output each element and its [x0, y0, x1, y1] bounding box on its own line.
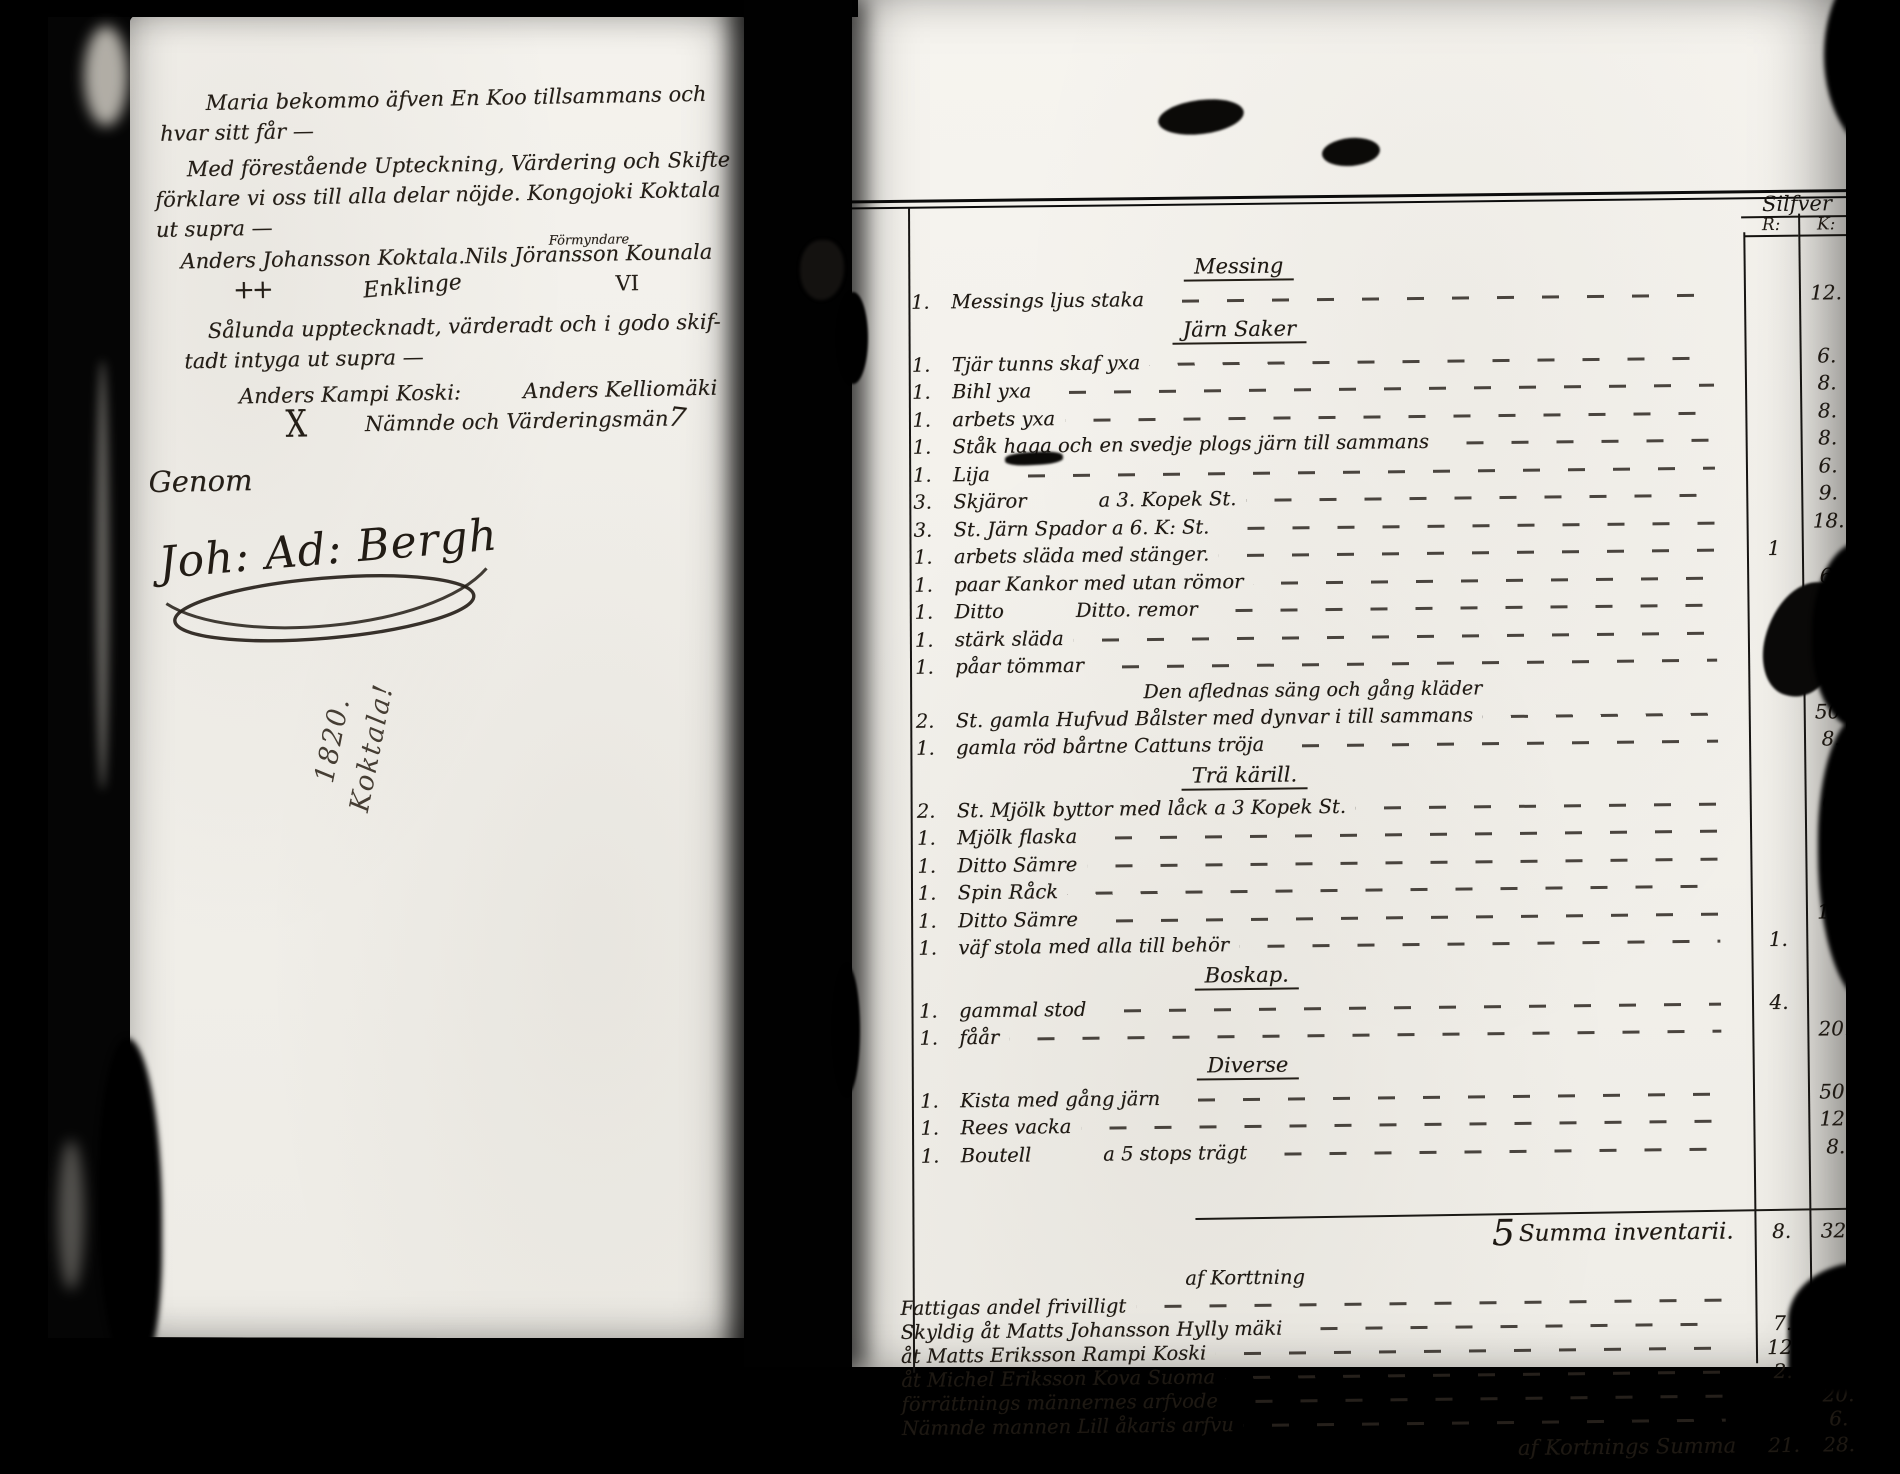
row-description: Ditto Sämre [957, 852, 1077, 876]
row-description: Tjär tunns skaf yxa [952, 351, 1141, 376]
row-note: a 3. Kopek St. [1098, 487, 1236, 512]
row-quantity: 1. [913, 435, 953, 458]
leader-dashes [1483, 712, 1718, 718]
row-quantity: 1. [920, 1089, 960, 1112]
mark-or-name: ++ [233, 275, 271, 306]
row-quantity: 1. [913, 463, 953, 486]
row-quantity: 2. [917, 799, 957, 822]
scan-border-top [0, 0, 858, 17]
scan-border-right-bulge [1812, 540, 1900, 730]
intro-line [854, 0, 1636, 2]
swash-flourish: 5 [1492, 1224, 1515, 1244]
leader-dashes [1274, 740, 1718, 748]
name-with-note: Anders Kelliomäki [523, 373, 718, 407]
row-description: paar Kankor med utan römor [954, 569, 1243, 595]
row-quantity: 1. [921, 1144, 961, 1167]
scan-edge-wisp [96, 360, 109, 790]
leader-dashes [1150, 356, 1714, 365]
left-page-text: Maria bekommo äfven En Koo tillsammans o… [151, 79, 698, 497]
leader-dashes [1246, 494, 1715, 502]
leader-dashes [1136, 1298, 1724, 1308]
row-description: åt Matts Eriksson Rampi Koski [901, 1341, 1207, 1367]
leader-dashes [1239, 940, 1720, 948]
leader-dashes [1087, 857, 1719, 867]
row-quantity: 1. [918, 909, 958, 932]
row-description: Trä kärill. [1182, 762, 1308, 790]
intro-line [854, 0, 1636, 2]
intro-line [854, 0, 1636, 2]
leader-dashes [1253, 576, 1716, 584]
row-quantity: 1. [917, 826, 957, 849]
row-description: påar tömmar [955, 654, 1084, 678]
right-page: Silfver R: K: Messing 1. Me [838, 0, 1852, 1367]
intro-line [854, 0, 1636, 2]
leader-dashes [1154, 294, 1713, 303]
row-quantity: 3. [913, 518, 953, 541]
row-description: af Korttning [1185, 1265, 1305, 1289]
leader-dashes [1219, 521, 1715, 530]
name-text: Anders Kelliomäki [523, 373, 718, 407]
value-kopek: 6. [1801, 343, 1853, 368]
row-quantity: 2. [916, 709, 956, 732]
line-text: Genom [148, 465, 253, 497]
row-description: Skjäror [953, 489, 1026, 513]
row-description: gammal stod [959, 997, 1086, 1021]
row-quantity: 1. [911, 290, 951, 313]
name-with-note: Förmyndare Nils Jöransson Kounala [465, 237, 713, 272]
row-description: Mjölk flaska [957, 825, 1077, 849]
value-kopek: 12. [1800, 280, 1852, 305]
row-description: Messing [1184, 253, 1293, 281]
gutter-bump [838, 292, 868, 384]
value-rubel: 1 [1748, 536, 1800, 561]
row-quantity: 1. [912, 353, 952, 376]
leader-dashes [1096, 1002, 1721, 1012]
leader-dashes [1170, 1092, 1722, 1101]
leader-dashes [1356, 802, 1719, 809]
row-description: Ditto Sämre [958, 907, 1078, 931]
row-description: Boutell [961, 1143, 1032, 1167]
row-quantity: 1. [915, 655, 955, 678]
row-quantity: 1. [918, 936, 958, 959]
row-quantity: 1. [914, 545, 954, 568]
intro-line [854, 0, 1636, 2]
row-description: Diverse [1197, 1052, 1298, 1080]
leader-dashes [1088, 912, 1720, 922]
row-description: St. Järn Spador a 6. K: St. [953, 515, 1209, 541]
leader-dashes [1000, 466, 1715, 477]
row-description: Kista med gång järn [960, 1086, 1160, 1111]
intro-line [854, 0, 1636, 2]
leader-dashes [1081, 1120, 1722, 1130]
row-description: Messings ljus staka [951, 288, 1144, 313]
row-quantity: 1. [914, 600, 954, 623]
bomarke-mark: 7 [667, 402, 688, 434]
row-quantity: 3. [913, 490, 953, 513]
line-text: Nämnde och Värderingsmän [365, 404, 669, 440]
leader-dashes [1208, 604, 1717, 613]
line-text: hvar sitt får — [160, 116, 314, 149]
row-description: St. gamla Hufvud Bålster med dynvar i ti… [956, 703, 1474, 732]
leader-dashes [1094, 659, 1717, 669]
inventory-table: Silfver R: K: Messing 1. Me [888, 201, 1859, 1367]
leader-dashes [1041, 384, 1714, 395]
row-note: Ditto. remor [1076, 598, 1198, 622]
scan-edge-wisp [58, 1140, 84, 1290]
table-row: 5 Summa inventarii. 8. 32. [899, 1211, 1857, 1260]
mark-or-name: X [285, 406, 307, 444]
leader-dashes [1087, 830, 1719, 840]
value-rubel: 4. [1753, 989, 1805, 1014]
leader-dashes [1216, 1346, 1725, 1355]
bomarke-mark: VI [615, 268, 639, 298]
scan-border-bottom [0, 1338, 778, 1367]
row-quantity: 1. [915, 628, 955, 651]
gutter-bump [834, 965, 860, 1095]
leader-dashes [1074, 631, 1717, 641]
row-note: a 5 stops trägt [1103, 1140, 1247, 1165]
row-description: Den aflednas säng och gång kläder [1143, 677, 1482, 703]
leader-dashes [1439, 439, 1715, 445]
row-description: arbets yxa [952, 407, 1055, 431]
column-header-rubel: R: [1744, 215, 1798, 238]
row-description: Summa inventarii. [1519, 1218, 1734, 1246]
mark-or-name: Anders Kampi Koski: [239, 377, 462, 411]
intro-line [854, 0, 1636, 2]
row-description: Lija [953, 462, 990, 485]
row-quantity: 1. [919, 1026, 959, 1049]
row-description: fåår [959, 1026, 999, 1049]
leader-dashes [1065, 411, 1714, 421]
row-description: Bihl yxa [952, 379, 1031, 403]
row-quantity: 1. [914, 573, 954, 596]
intro-line [854, 0, 1636, 2]
intro-line [854, 0, 1636, 2]
row-description: Järn Saker [1173, 316, 1307, 345]
row-description: gamla röd bårtne Cattuns tröja [956, 733, 1264, 759]
handwritten-line: Genom [148, 457, 698, 497]
row-quantity: 1. [920, 1116, 960, 1139]
leader-dashes [1009, 1030, 1721, 1041]
rotated-note: 1820. Koktala! [295, 643, 410, 845]
intro-paragraph [854, 0, 1636, 2]
book-gutter [744, 0, 852, 1367]
row-quantity: 1. [918, 881, 958, 904]
row-description: St. Mjölk byttor med låck a 3 Kopek St. [957, 794, 1346, 821]
row-quantity: 1. [912, 380, 952, 403]
row-description: Spin Råck [958, 880, 1059, 904]
scan-border-left [0, 0, 31, 1367]
value-rubel: 8. [1755, 1219, 1807, 1244]
row-description: Fattigas andel frivilligt [900, 1294, 1126, 1320]
left-page: Maria bekommo äfven En Koo tillsammans o… [126, 15, 753, 1339]
scan-edge-wisp [84, 26, 128, 126]
signature-block: Joh: Ad: Bergh [157, 509, 500, 589]
row-quantity: 1. [919, 999, 959, 1022]
leader-dashes [1068, 885, 1720, 895]
row-description: Rees vacka [960, 1115, 1071, 1139]
value-rubel: 1. [1752, 927, 1804, 952]
top-double-rule-2 [796, 196, 1856, 210]
row-description: stärk släda [955, 627, 1064, 651]
line-text: Enklinge [361, 268, 462, 307]
row-quantity: 1. [916, 736, 956, 759]
inventory-rows: Messing 1. Messings ljus staka 12. [888, 245, 1860, 1367]
row-description: Skyldig åt Matts Johansson Hylly mäki [901, 1317, 1283, 1344]
row-description: Ditto [954, 600, 1004, 624]
row-quantity: 1. [917, 854, 957, 877]
leader-dashes [1257, 1147, 1723, 1155]
leader-dashes [1292, 1322, 1724, 1330]
line-text: ut supra — [156, 213, 273, 245]
superscript-note: Förmyndare [548, 225, 629, 256]
scanned-document: Maria bekommo äfven En Koo tillsammans o… [0, 0, 1900, 1367]
line-text: tadt intyga ut supra — [184, 342, 424, 376]
row-description: väf stola med alla till behör [958, 933, 1229, 959]
leader-dashes [1219, 549, 1716, 558]
row-description: Boskap. [1194, 962, 1299, 990]
intro-line [854, 0, 1636, 2]
row-description: arbets släda med stänger. [954, 542, 1210, 568]
row-quantity: 1. [912, 408, 952, 431]
